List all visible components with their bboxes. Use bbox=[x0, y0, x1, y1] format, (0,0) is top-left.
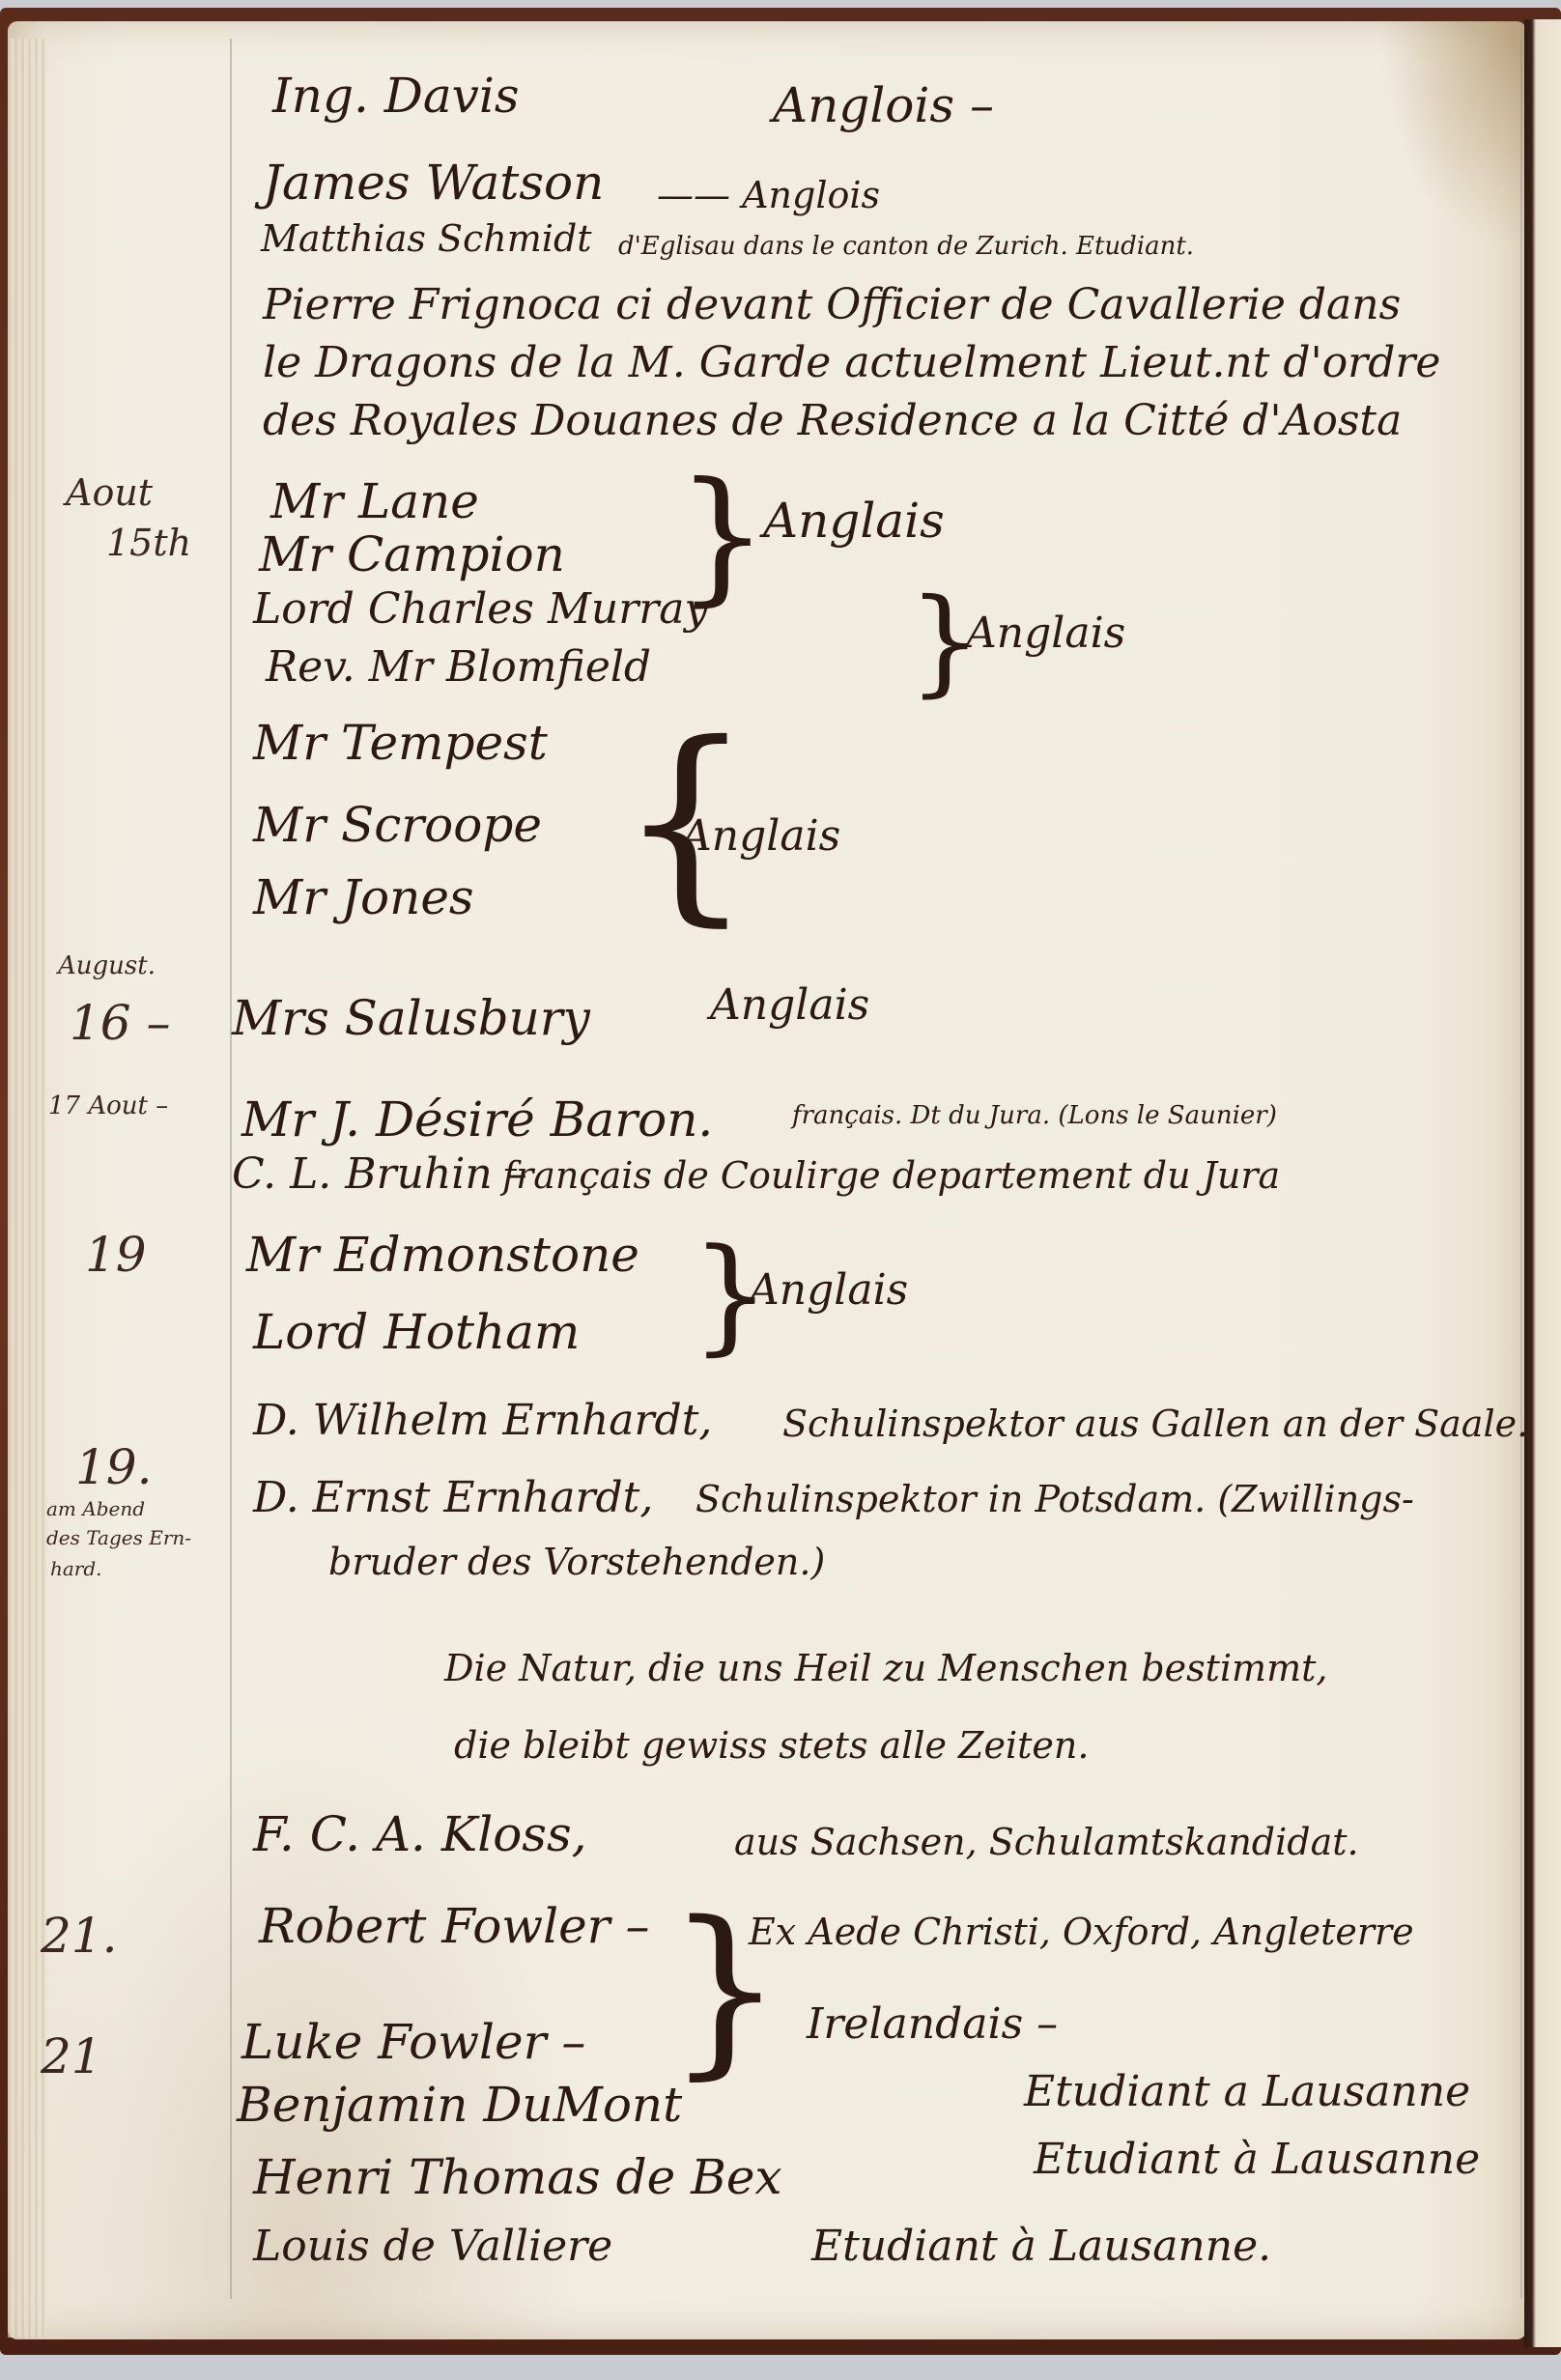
entry-nationality: Irelandais – bbox=[807, 1999, 1058, 2049]
entry-name: Robert Fowler – bbox=[259, 1898, 649, 1954]
entry-note: aus Sachsen, Schulamtskandidat. bbox=[734, 1821, 1359, 1863]
entry-text-line: des Royales Douanes de Residence a la Ci… bbox=[263, 396, 1402, 445]
margin-note-am-abend: am Abend bbox=[46, 1497, 145, 1520]
margin-date-19: 19 bbox=[85, 1227, 147, 1283]
entry-name: Mr Edmonstone bbox=[246, 1227, 639, 1283]
entry-name: Ing. Davis bbox=[272, 68, 520, 124]
margin-date-16: 16 – bbox=[70, 995, 171, 1051]
entry-name: Lord Hotham bbox=[253, 1304, 580, 1360]
entry-name: Mr Lane bbox=[270, 473, 479, 529]
entry-note: Etudiant a Lausanne bbox=[1024, 2067, 1470, 2116]
entry-note: Schulinspektor in Potsdam. (Zwillings- bbox=[695, 1478, 1414, 1520]
page-stack-edge bbox=[8, 39, 46, 2337]
book-binding bbox=[1524, 19, 1561, 2347]
entry-nationality: —— Anglois bbox=[657, 174, 880, 216]
margin-date-21a: 21. bbox=[41, 1908, 118, 1964]
entry-name: Mr Scroope bbox=[253, 797, 542, 853]
entry-name: Mr J. Désiré Baron. bbox=[241, 1091, 713, 1147]
entry-nationality: Anglais bbox=[749, 1265, 908, 1315]
entry-name: Benjamin DuMont bbox=[237, 2077, 682, 2133]
margin-date-aout: Aout bbox=[66, 471, 153, 514]
entry-nationality: Anglois – bbox=[773, 77, 994, 133]
entry-note: Ex Aede Christi, Oxford, Angleterre bbox=[749, 1911, 1414, 1953]
entry-name: Matthias Schmidt bbox=[261, 217, 592, 260]
entry-name: Henri Thomas de Bex bbox=[253, 2149, 782, 2205]
entry-name: D. Ernst Ernhardt, bbox=[253, 1473, 653, 1522]
margin-date-august: August. bbox=[58, 951, 156, 980]
entry-name: Rev. Mr Blomfield bbox=[266, 642, 651, 692]
entry-note-continued: bruder des Vorstehenden.) bbox=[328, 1541, 825, 1583]
entry-name: D. Wilhelm Ernhardt, bbox=[253, 1396, 712, 1445]
margin-date-21b: 21 bbox=[41, 2028, 102, 2084]
entry-nationality: Anglais bbox=[710, 980, 869, 1030]
margin-note-hard: hard. bbox=[50, 1557, 102, 1580]
entry-name: Luke Fowler – bbox=[241, 2014, 585, 2070]
entry-note: Schulinspektor aus Gallen an der Saale. bbox=[782, 1402, 1528, 1445]
entry-note: français. Dt du Jura. (Lons le Saunier) bbox=[792, 1101, 1277, 1130]
entry-name: Mrs Salusbury bbox=[232, 990, 590, 1046]
entry-name: C. L. Bruhin – bbox=[232, 1149, 527, 1199]
entry-nationality: Anglais bbox=[763, 493, 945, 549]
entry-name: James Watson bbox=[263, 155, 604, 211]
entry-name: Mr Jones bbox=[253, 869, 474, 925]
entry-name: Mr Tempest bbox=[253, 715, 548, 771]
entry-note: d'Eglisau dans le canton de Zurich. Etud… bbox=[618, 232, 1194, 261]
entry-nationality: Anglais bbox=[966, 609, 1125, 658]
verse-line: Die Natur, die uns Heil zu Menschen best… bbox=[444, 1647, 1327, 1689]
margin-date-15th: 15th bbox=[106, 522, 191, 564]
entry-name: F. C. A. Kloss, bbox=[253, 1806, 587, 1862]
margin-date-19b: 19. bbox=[75, 1439, 153, 1495]
margin-note-des-tages: des Tages Ern- bbox=[46, 1526, 191, 1549]
entry-text-line: Pierre Frignoca ci devant Officier de Ca… bbox=[263, 280, 1401, 329]
margin-date-17-aout: 17 Aout – bbox=[48, 1091, 168, 1120]
entry-name: Mr Campion bbox=[259, 526, 565, 582]
entry-note: Etudiant à Lausanne bbox=[1034, 2135, 1480, 2184]
entry-nationality: Anglais bbox=[681, 811, 840, 861]
entry-text-line: le Dragons de la M. Garde actuelment Lie… bbox=[263, 338, 1440, 387]
entry-name: Louis de Valliere bbox=[253, 2222, 612, 2271]
entry-name: Lord Charles Murray bbox=[253, 584, 708, 634]
group-brace: } bbox=[667, 1898, 783, 2082]
entry-note: Etudiant à Lausanne. bbox=[811, 2222, 1271, 2271]
right-margin-rule bbox=[1520, 39, 1522, 2299]
verse-line: die bleibt gewiss stets alle Zeiten. bbox=[454, 1724, 1089, 1767]
entry-note: français de Coulirge departement du Jura bbox=[502, 1154, 1280, 1197]
